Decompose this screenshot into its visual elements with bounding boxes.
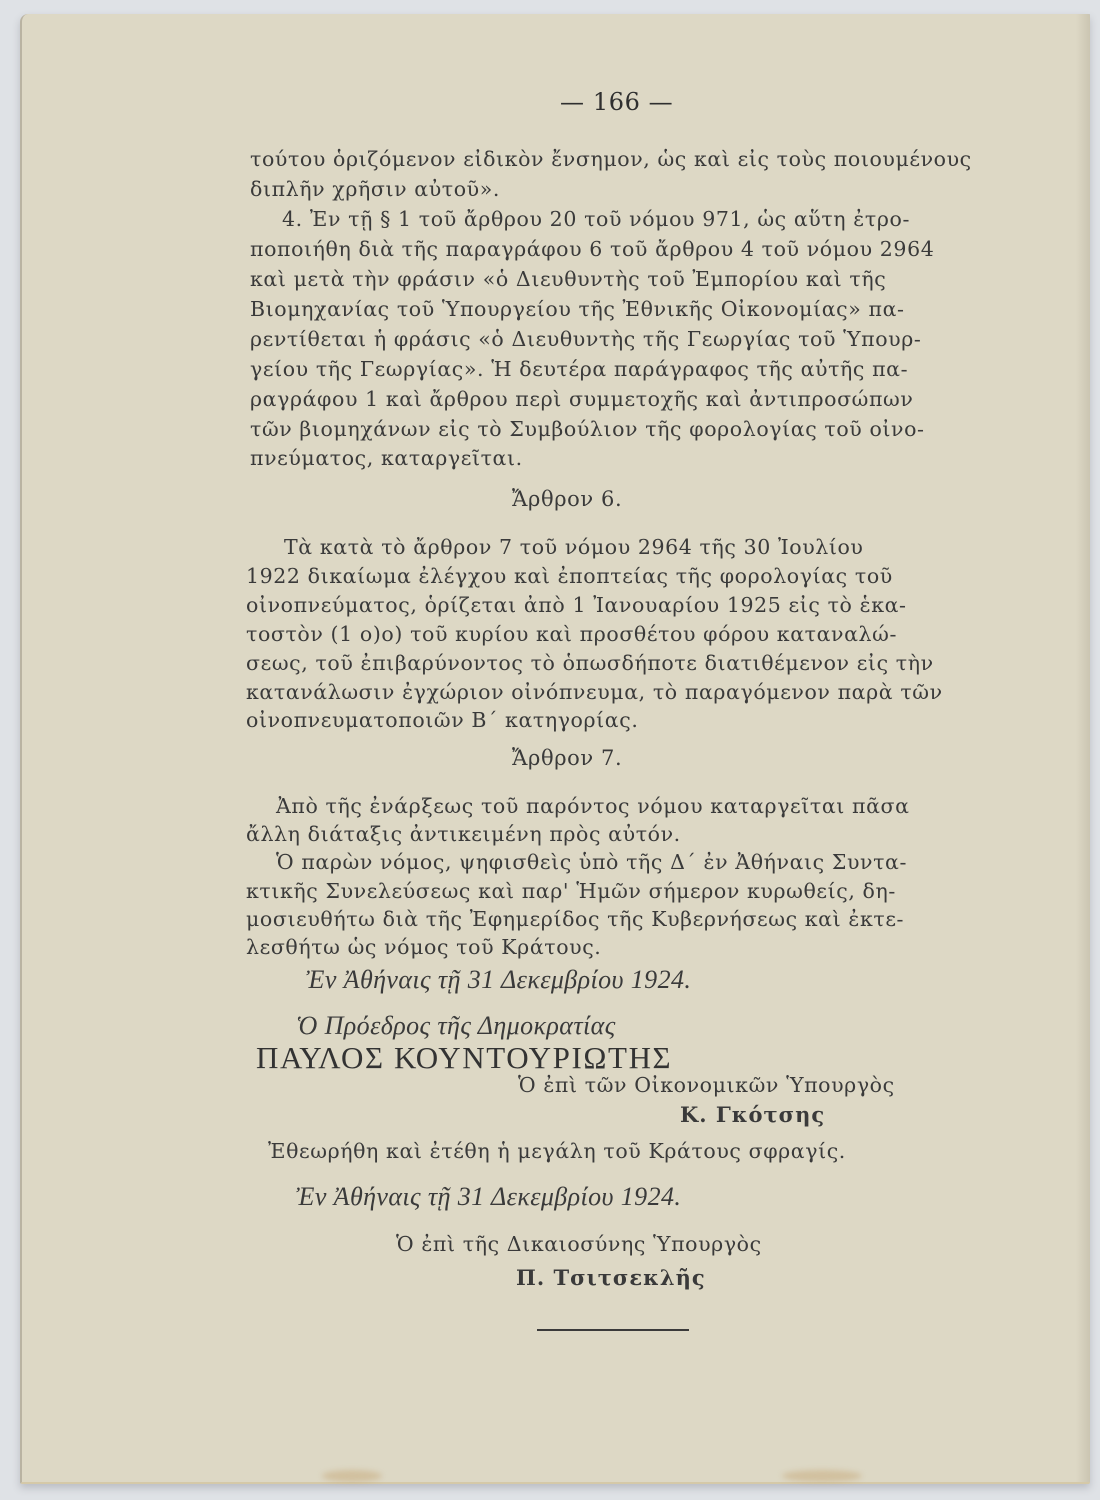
seal-statement: Ἐθεωρήθη καὶ ἐτέθη ἡ μεγάλη τοῦ Κράτους … bbox=[268, 1139, 846, 1163]
date-line-2: Ἐν Ἀθήναις τῇ 31 Δεκεμβρίου 1924. bbox=[296, 1182, 681, 1212]
article-7-heading: Ἄρθρον 7. bbox=[512, 746, 622, 770]
text-line: 4. Ἐν τῇ § 1 τοῦ ἄρθρου 20 τοῦ νόμου 971… bbox=[282, 207, 910, 231]
text-line: σεως, τοῦ ἐπιβαρύνοντος τὸ ὁπωσδήποτε δι… bbox=[246, 651, 934, 675]
text-line: κατανάλωσιν ἐγχώριον οἰνόπνευμα, τὸ παρα… bbox=[246, 680, 943, 704]
text-line: πνεύματος, καταργεῖται. bbox=[250, 446, 523, 470]
text-line: ραγράφου 1 καὶ ἄρθρου περὶ συμμετοχῆς κα… bbox=[250, 387, 913, 411]
text-line: καὶ μετὰ τὴν φράσιν «ὁ Διευθυντὴς τοῦ Ἐμ… bbox=[250, 267, 886, 291]
document-body: τούτου ὁριζόμενον εἰδικὸν ἔνσημον, ὡς κα… bbox=[0, 0, 1100, 1500]
text-line: τούτου ὁριζόμενον εἰδικὸν ἔνσημον, ὡς κα… bbox=[250, 147, 972, 171]
president-title: Ὁ Πρόεδρος τῆς Δημοκρατίας bbox=[296, 1011, 616, 1041]
justice-minister-name: Π. Τσιτσεκλῆς bbox=[516, 1265, 706, 1290]
text-line: κτικῆς Συνελεύσεως καὶ παρ' Ἡμῶν σήμερον… bbox=[246, 879, 896, 903]
text-line: Ὁ παρὼν νόμος, ψηφισθεὶς ὑπὸ τῆς Δ΄ ἐν Ἀ… bbox=[276, 850, 907, 874]
text-line: 1922 δικαίωμα ἐλέγχου καὶ ἐποπτείας τῆς … bbox=[246, 564, 893, 588]
text-line: γείου τῆς Γεωργίας». Ἡ δευτέρα παράγραφο… bbox=[250, 357, 908, 381]
date-line: Ἐν Ἀθήναις τῇ 31 Δεκεμβρίου 1924. bbox=[306, 965, 691, 995]
finance-minister-title: Ὁ ἐπὶ τῶν Οἰκονομικῶν Ὑπουργὸς bbox=[518, 1073, 895, 1097]
text-line: λεσθήτω ὡς νόμος τοῦ Κράτους. bbox=[246, 935, 601, 959]
text-line: διπλῆν χρῆσιν αὐτοῦ». bbox=[250, 177, 500, 201]
text-line: οἰνοπνευματοποιῶν Β΄ κατηγορίας. bbox=[246, 708, 638, 732]
text-line: οἰνοπνεύματος, ὁρίζεται ἀπὸ 1 Ἰανουαρίου… bbox=[246, 593, 907, 617]
president-name: ΠΑΥΛΟΣ ΚΟΥΝΤΟΥΡΙΩΤΗΣ bbox=[256, 1040, 672, 1076]
justice-minister-title: Ὁ ἐπὶ τῆς Δικαιοσύνης Ὑπουργὸς bbox=[396, 1232, 762, 1256]
text-line: τῶν βιομηχάνων εἰς τὸ Συμβούλιον τῆς φορ… bbox=[250, 417, 925, 441]
text-line: Τὰ κατὰ τὸ ἄρθρον 7 τοῦ νόμου 2964 τῆς 3… bbox=[284, 535, 864, 559]
text-line: μοσιευθήτω διὰ τῆς Ἐφημερίδος τῆς Κυβερν… bbox=[246, 907, 904, 931]
finance-minister-name: Κ. Γκότσης bbox=[680, 1102, 825, 1127]
closing-rule bbox=[537, 1329, 689, 1331]
text-line: τοστὸν (1 ο)ο) τοῦ κυρίου καὶ προσθέτου … bbox=[246, 622, 897, 646]
text-line: Ἀπὸ τῆς ἐνάρξεως τοῦ παρόντος νόμου κατα… bbox=[276, 794, 910, 818]
text-line: ποποιήθη διὰ τῆς παραγράφου 6 τοῦ ἄρθρου… bbox=[250, 237, 934, 261]
text-line: ρεντίθεται ἡ φράσις «ὁ Διευθυντὴς τῆς Γε… bbox=[250, 327, 921, 351]
article-6-heading: Ἄρθρον 6. bbox=[512, 487, 622, 511]
text-line: ἄλλη διάταξις ἀντικειμένη πρὸς αὐτόν. bbox=[246, 822, 681, 846]
text-line: Βιομηχανίας τοῦ Ὑπουργείου τῆς Ἐθνικῆς Ο… bbox=[250, 297, 905, 321]
